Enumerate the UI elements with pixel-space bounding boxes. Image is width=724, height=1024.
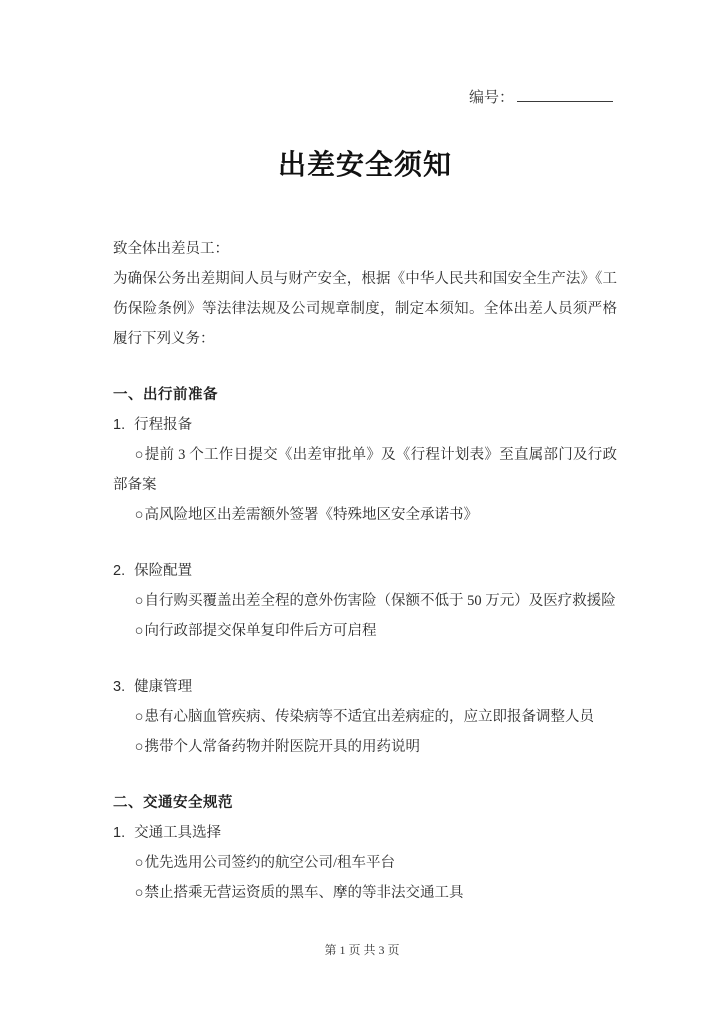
doc-number-label: 编号： <box>469 90 514 106</box>
list-item-transport-choice: 1.交通工具选择 ○优先选用公司签约的航空公司/租车平台 ○禁止搭乘无营运资质的… <box>113 818 617 908</box>
bullet-item: ○患有心脑血管疾病、传染病等不适宜出差病症的，应立即报备调整人员 <box>113 702 617 732</box>
bullet-text: 提前 3 个工作日提交《出差审批单》及《行程计划表》至直属部门及行政部备案 <box>113 447 617 493</box>
bullet-item: ○禁止搭乘无营运资质的黑车、摩的等非法交通工具 <box>113 878 617 908</box>
bullet-text: 患有心脑血管疾病、传染病等不适宜出差病症的，应立即报备调整人员 <box>145 709 595 725</box>
circle-bullet-icon: ○ <box>135 507 144 523</box>
bullet-item: ○携带个人常备药物并附医院开具的用药说明 <box>113 732 617 762</box>
list-item-trip-reporting: 1.行程报备 ○提前 3 个工作日提交《出差审批单》及《行程计划表》至直属部门及… <box>113 410 617 530</box>
bullet-item: ○提前 3 个工作日提交《出差审批单》及《行程计划表》至直属部门及行政部备案 <box>113 440 617 500</box>
item-heading: 3.健康管理 <box>113 672 617 702</box>
circle-bullet-icon: ○ <box>135 447 144 463</box>
intro-paragraph: 为确保公务出差期间人员与财产安全，根据《中华人民共和国安全生产法》《工伤保险条例… <box>113 264 617 354</box>
bullet-item: ○高风险地区出差需额外签署《特殊地区安全承诺书》 <box>113 500 617 530</box>
item-number: 1. <box>113 825 125 841</box>
section-heading: 一、出行前准备 <box>113 380 617 410</box>
bullet-item: ○向行政部提交保单复印件后方可启程 <box>113 616 617 646</box>
page-footer: 第 1 页 共 3 页 <box>0 941 724 959</box>
item-title: 保险配置 <box>134 563 192 579</box>
bullet-text: 优先选用公司签约的航空公司/租车平台 <box>145 855 396 871</box>
bullet-text: 向行政部提交保单复印件后方可启程 <box>145 623 377 639</box>
doc-number-blank-line <box>517 86 613 102</box>
circle-bullet-icon: ○ <box>135 855 144 871</box>
item-heading: 2.保险配置 <box>113 556 617 586</box>
doc-number-row: 编号： <box>113 86 613 108</box>
section-heading: 二、交通安全规范 <box>113 788 617 818</box>
circle-bullet-icon: ○ <box>135 623 144 639</box>
item-number: 1. <box>113 417 125 433</box>
page-title: 出差安全须知 <box>113 146 617 186</box>
circle-bullet-icon: ○ <box>135 885 144 901</box>
bullet-text: 自行购买覆盖出差全程的意外伤害险（保额不低于 50 万元）及医疗救援险 <box>145 593 616 609</box>
bullet-text: 高风险地区出差需额外签署《特殊地区安全承诺书》 <box>145 507 479 523</box>
item-number: 2. <box>113 563 125 579</box>
list-item-health-management: 3.健康管理 ○患有心脑血管疾病、传染病等不适宜出差病症的，应立即报备调整人员 … <box>113 672 617 762</box>
section-transport-safety: 二、交通安全规范 1.交通工具选择 ○优先选用公司签约的航空公司/租车平台 ○禁… <box>113 788 617 908</box>
item-title: 交通工具选择 <box>134 825 221 841</box>
circle-bullet-icon: ○ <box>135 709 144 725</box>
document-page: 编号： 出差安全须知 致全体出差员工： 为确保公务出差期间人员与财产安全，根据《… <box>0 0 724 1024</box>
bullet-text: 携带个人常备药物并附医院开具的用药说明 <box>145 739 421 755</box>
salutation: 致全体出差员工： <box>113 234 617 264</box>
circle-bullet-icon: ○ <box>135 593 144 609</box>
item-heading: 1.行程报备 <box>113 410 617 440</box>
bullet-item: ○自行购买覆盖出差全程的意外伤害险（保额不低于 50 万元）及医疗救援险 <box>113 586 617 616</box>
circle-bullet-icon: ○ <box>135 739 144 755</box>
list-item-insurance-setup: 2.保险配置 ○自行购买覆盖出差全程的意外伤害险（保额不低于 50 万元）及医疗… <box>113 556 617 646</box>
item-title: 行程报备 <box>134 417 192 433</box>
item-heading: 1.交通工具选择 <box>113 818 617 848</box>
section-pre-trip-preparation: 一、出行前准备 1.行程报备 ○提前 3 个工作日提交《出差审批单》及《行程计划… <box>113 380 617 762</box>
item-number: 3. <box>113 679 125 695</box>
bullet-item: ○优先选用公司签约的航空公司/租车平台 <box>113 848 617 878</box>
bullet-text: 禁止搭乘无营运资质的黑车、摩的等非法交通工具 <box>145 885 464 901</box>
item-title: 健康管理 <box>134 679 192 695</box>
